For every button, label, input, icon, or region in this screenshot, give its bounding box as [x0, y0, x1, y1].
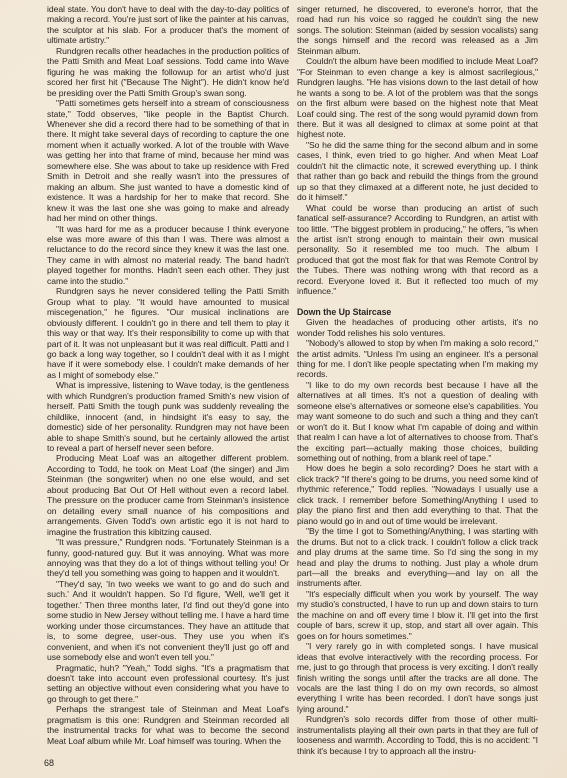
section-heading: Down the Up Staircase	[297, 307, 538, 317]
right-column: singer returned, he discovered, to evero…	[297, 4, 538, 756]
paragraph: Pragmatic, huh? "Yeah," Todd sighs. "It'…	[47, 663, 289, 705]
paragraph: "By the time I got to Something/Anything…	[297, 526, 538, 589]
left-column: ideal state. You don't have to deal with…	[47, 4, 289, 746]
paragraph: Couldn't the album have been modified to…	[297, 56, 538, 140]
paragraph: What could be worse than producing an ar…	[297, 203, 538, 297]
paragraph: Given the headaches of producing other a…	[297, 317, 538, 338]
paragraph: "Patti sometimes gets herself into a str…	[47, 98, 289, 223]
paragraph: Perhaps the strangest tale of Steinman a…	[47, 704, 289, 746]
paragraph: What is impressive, listening to Wave to…	[47, 380, 289, 453]
page-number: 68	[44, 758, 54, 768]
paragraph: How does he begin a solo recording? Does…	[297, 463, 538, 526]
paragraph: Rundgren says he never considered tellin…	[47, 286, 289, 380]
paragraph: "It was pressure," Rundgren nods. "Fortu…	[47, 537, 289, 579]
paragraph: "I like to do my own records best becaus…	[297, 380, 538, 464]
paragraph: "They'd say, 'In two weeks we want to go…	[47, 579, 289, 663]
paragraph: ideal state. You don't have to deal with…	[47, 4, 289, 46]
paragraph: singer returned, he discovered, to evero…	[297, 4, 538, 56]
paragraph: "So he did the same thing for the second…	[297, 140, 538, 203]
paragraph: "It's especially difficult when you work…	[297, 589, 538, 641]
paragraph: Producing Meat Loaf was an altogether di…	[47, 453, 289, 537]
paragraph: "I very rarely go in with completed song…	[297, 641, 538, 714]
paragraph: Rundgren recalls other headaches in the …	[47, 46, 289, 98]
paragraph: "Nobody's allowed to stop by when I'm ma…	[297, 338, 538, 380]
paragraph: "It was hard for me as a producer becaus…	[47, 224, 289, 287]
paragraph: Rundgren's solo records differ from thos…	[297, 714, 538, 756]
